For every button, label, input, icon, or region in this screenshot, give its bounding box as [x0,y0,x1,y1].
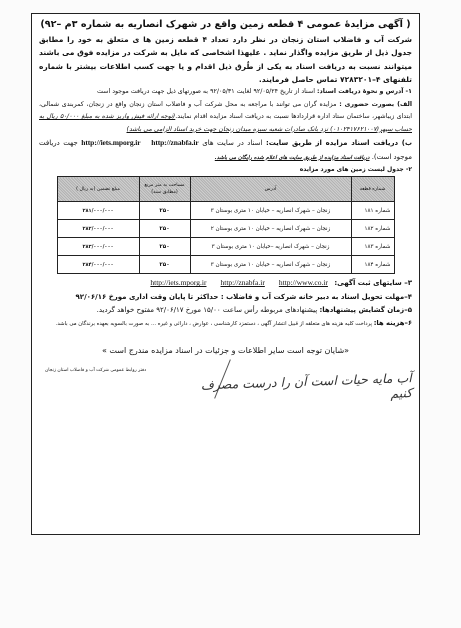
intro-paragraph: شرکت آب و فاضلاب استان زنجان در نظر دارد… [39,33,412,86]
section-4-heading: ۴–مهلت تحویل اسناد به دبیر خانه شرکت آب … [221,293,412,301]
table-row: شماره ۱۸۳ زنجان – شهرک انصاریه –خیابان ۱… [57,238,394,256]
ad-sites-links: http://iets.mporg.ir http://znabfa.ir ht… [150,276,328,290]
section-6-text: پرداخت کلیه هزینه های متعلقه از قبیل انت… [56,321,374,327]
be-heading: ب) دریافت اسناد مزایده از طریق سایت: [266,139,412,147]
section-1-text: اسناد از تاریخ ۹۲/۰۵/۲۴ لغایت ۹۲/۰۵/۳۱ ب… [97,88,317,95]
link-iets[interactable]: http://iets.mporg.ir [81,138,140,147]
lot-address: زنجان – شهرک انصاریه – خیابان ۱۰ متری بو… [190,202,351,220]
section-5: ۵–زمان گشایش پیشنهادها: پیشنهادهای مربوط… [39,304,412,318]
lot-area: ۲۵۰ [139,220,190,238]
col-address: آدرس [190,177,351,202]
link-znabfa[interactable]: http://znabfa.ir [151,138,198,147]
section-3-heading: ۳– سایتهای ثبت آگهی: [334,279,412,287]
section-3: ۳– سایتهای ثبت آگهی: http://iets.mporg.i… [39,276,412,291]
col-deposit: مبلغ تضمین (به ریال ) [57,177,139,202]
section-6-heading: ۶–هزینه ها: [374,319,412,327]
lot-number: شماره ۱۸۳ [351,238,394,256]
section-1-heading: ۱- آدرس و نحوهٔ دریافت اسناد: [317,88,412,95]
be-text: اسناد در سایت های [202,139,266,147]
section-1: ۱- آدرس و نحوهٔ دریافت اسناد: اسناد از ت… [39,86,412,99]
lot-deposit: ۲۸۱/۰۰۰/۰۰۰ [57,202,139,220]
section-1-alef: الف) بصورت حضوری : مزایده گران می توانند… [39,99,412,137]
be-free-note: دریافت اسناد مزایده از طریق سایت های اعل… [215,155,370,161]
lot-area: ۲۵۰ [139,256,190,274]
link-iets[interactable]: http://iets.mporg.ir [150,276,206,290]
col-lot: شماره قطعه [351,177,394,202]
section-5-text: پیشنهادهای مربوطه رأس ساعت ۱۵/۰۰ مورخ ۹۲… [97,306,320,314]
auction-notice: ( آگهی مزایدهٔ عمومی ۴ قطعه زمین واقع در… [31,13,420,535]
notice-title: ( آگهی مزایدهٔ عمومی ۴ قطعه زمین واقع در… [39,19,412,30]
table-row: شماره ۱۸۴ زنجان – شهرک انصاریه – خیابان … [57,256,394,274]
section-4: ۴–مهلت تحویل اسناد به دبیر خانه شرکت آب … [39,291,412,305]
col-area: مساحت به متر مربع (مطابق سند) [139,177,190,202]
section-1-be: ب) دریافت اسناد مزایده از طریق سایت: اسن… [39,136,412,165]
lot-area: ۲۵۰ [139,202,190,220]
lot-number: شماره ۱۸۱ [351,202,394,220]
link-znabfa[interactable]: http://znabfa.ir [220,276,264,290]
lot-number: شماره ۱۸۴ [351,256,394,274]
link-www-co[interactable]: http://www.co.ir [279,276,328,290]
section-4-text: حداکثر تا پایان وقت اداری مورخ ۹۲/۰۶/۱۶ [76,293,221,301]
lot-number: شماره ۱۸۲ [351,220,394,238]
lot-address: زنجان – شهرک انصاریه – خیابان ۱۰ متری بو… [190,220,351,238]
lot-deposit: ۲۸۴/۰۰۰/۰۰۰ [57,256,139,274]
lot-address: زنجان – شهرک انصاریه –خیابان ۱۰ متری بوس… [190,238,351,256]
table-row: شماره ۱۸۲ زنجان – شهرک انصاریه – خیابان … [57,220,394,238]
footer: دفتر روابط عمومی شرکت آب و فاضلاب استان … [39,368,412,428]
public-relations-label: دفتر روابط عمومی شرکت آب و فاضلاب استان … [45,368,146,373]
closing-note: «شایان توجه است سایر اطلاعات و جزئیات در… [39,346,412,355]
section-2-heading: ۲- جدول لیست زمین های مورد مزایده [39,166,412,173]
lot-area: ۲۵۰ [139,238,190,256]
lot-deposit: ۲۸۲/۰۰۰/۰۰۰ [57,220,139,238]
section-5-heading: ۵–زمان گشایش پیشنهادها: [319,306,412,314]
table-header-row: شماره قطعه آدرس مساحت به متر مربع (مطابق… [57,177,394,202]
lot-deposit: ۲۸۳/۰۰۰/۰۰۰ [57,238,139,256]
lots-table: شماره قطعه آدرس مساحت به متر مربع (مطابق… [57,176,395,274]
lot-address: زنجان – شهرک انصاریه – خیابان ۱۰ متری بو… [190,256,351,274]
section-6: ۶–هزینه ها: پرداخت کلیه هزینه های متعلقه… [39,318,412,330]
table-row: شماره ۱۸۱ زنجان – شهرک انصاریه – خیابان … [57,202,394,220]
alef-heading: الف) بصورت حضوری : [339,101,412,108]
